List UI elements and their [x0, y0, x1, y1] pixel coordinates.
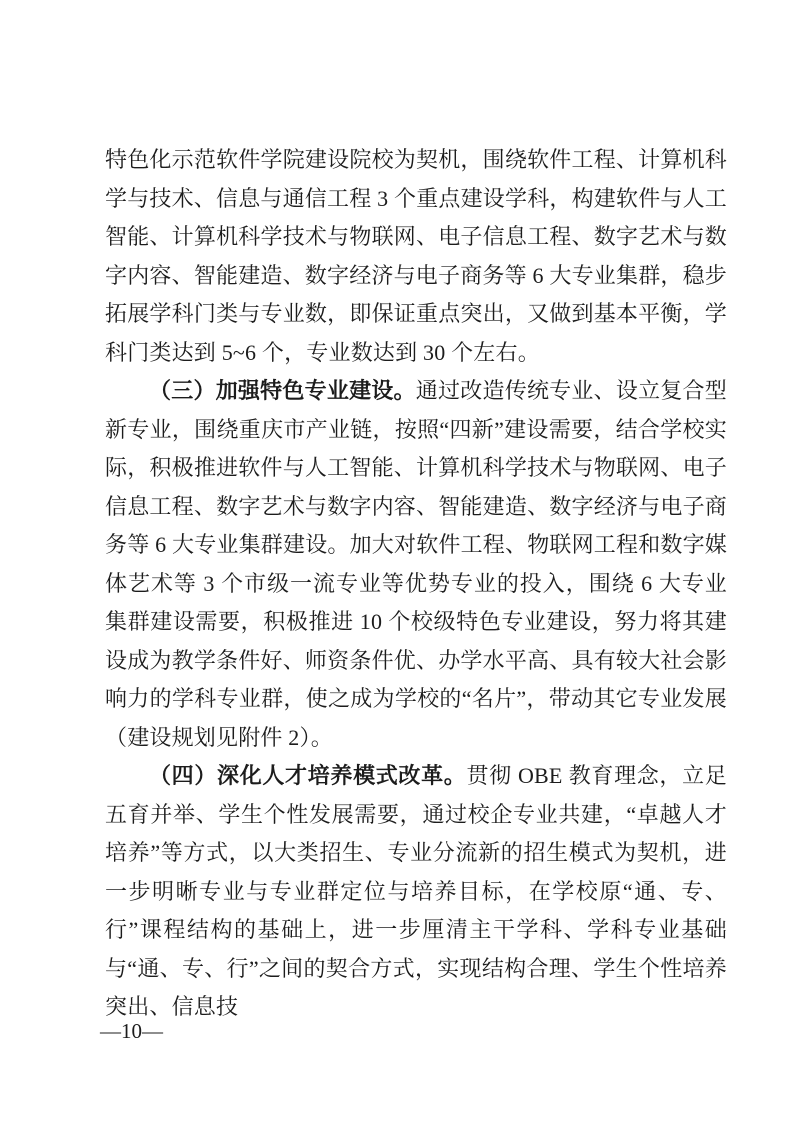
section-heading: （三）加强特色专业建设。: [149, 378, 416, 403]
section-heading: （四）深化人才培养模式改革。: [149, 763, 466, 788]
paragraph-continuation: 特色化示范软件学院建设院校为契机，围绕软件工程、计算机科学与技术、信息与通信工程…: [105, 141, 727, 372]
paragraph-text: 贯彻 OBE 教育理念，立足五育并举、学生个性发展需要，通过校企专业共建，“卓越…: [105, 763, 727, 1019]
paragraph-section-3: （三）加强特色专业建设。通过改造传统专业、设立复合型新专业，围绕重庆市产业链，按…: [105, 372, 727, 757]
paragraph-section-4: （四）深化人才培养模式改革。贯彻 OBE 教育理念，立足五育并举、学生个性发展需…: [105, 757, 727, 1027]
paragraph-text: 特色化示范软件学院建设院校为契机，围绕软件工程、计算机科学与技术、信息与通信工程…: [105, 147, 727, 365]
document-page: 特色化示范软件学院建设院校为契机，围绕软件工程、计算机科学与技术、信息与通信工程…: [0, 0, 793, 1122]
page-number: —10—: [100, 1019, 163, 1043]
paragraph-text: 通过改造传统专业、设立复合型新专业，围绕重庆市产业链，按照“四新”建设需要，结合…: [105, 378, 727, 750]
document-body: 特色化示范软件学院建设院校为契机，围绕软件工程、计算机科学与技术、信息与通信工程…: [105, 141, 727, 1027]
